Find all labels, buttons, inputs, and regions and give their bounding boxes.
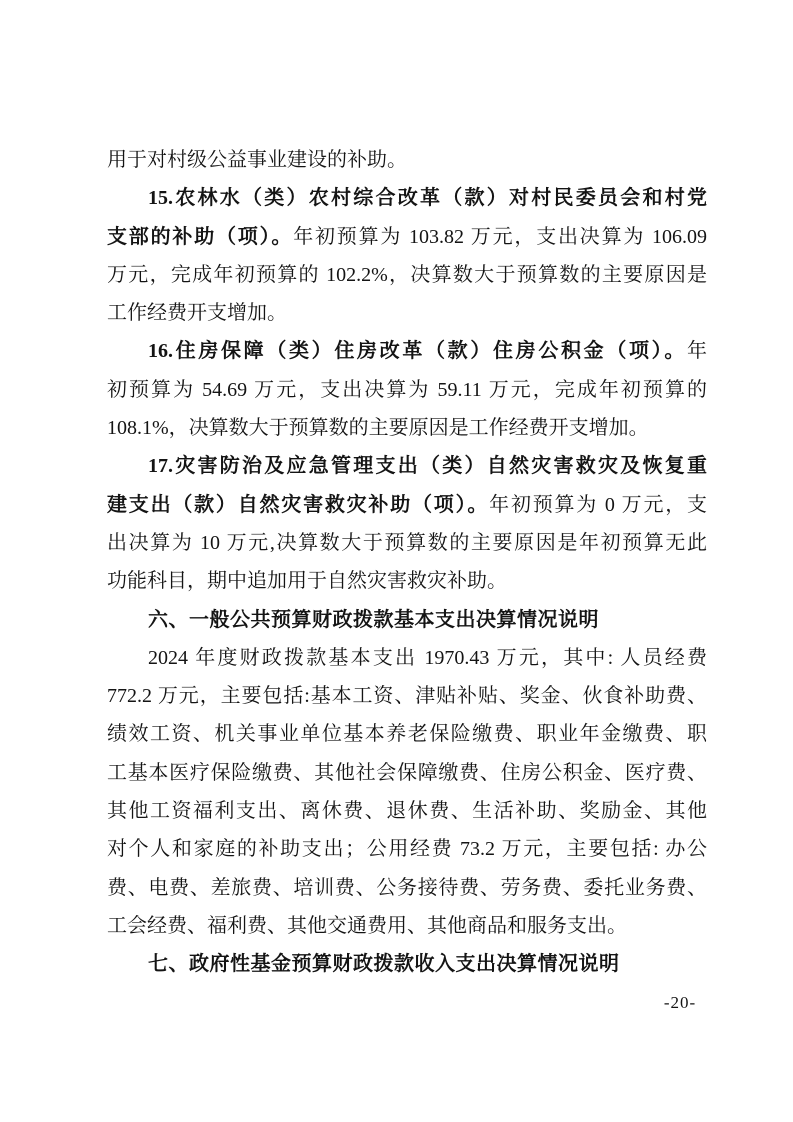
text-line: 16.住房保障（类）住房改革（款）住房公积金（项）。年 <box>107 332 707 370</box>
bold-text-segment: 建支出（款）自然灾害救灾补助（项）。 <box>107 494 489 516</box>
page-number: -20- <box>650 993 710 1013</box>
text-line: 108.1%，决算数大于预算数的主要原因是工作经费开支增加。 <box>107 409 707 447</box>
text-segment: 出决算为 10 万元,决算数大于预算数的主要原因是年初预算无此 <box>107 532 707 554</box>
text-line: 工作经费开支增加。 <box>107 294 707 332</box>
text-segment: 绩效工资、机关事业单位基本养老保险缴费、职业年金缴费、职 <box>107 723 707 745</box>
text-line: 绩效工资、机关事业单位基本养老保险缴费、职业年金缴费、职 <box>107 715 707 753</box>
text-segment: 工作经费开支增加。 <box>107 302 287 324</box>
text-line: 15.农林水（类）农村综合改革（款）对村民委员会和村党 <box>107 179 707 217</box>
document-body: 用于对村级公益事业建设的补助。15.农林水（类）农村综合改革（款）对村民委员会和… <box>107 141 707 984</box>
text-segment: 费、电费、差旅费、培训费、公务接待费、劳务费、委托业务费、 <box>107 877 707 899</box>
text-line: 万元，完成年初预算的 102.2%，决算数大于预算数的主要原因是 <box>107 256 707 294</box>
text-segment: 工会经费、福利费、其他交通费用、其他商品和服务支出。 <box>107 915 627 937</box>
section-heading: 七、政府性基金预算财政拨款收入支出决算情况说明 <box>107 945 707 983</box>
text-segment: 万元，完成年初预算的 102.2%，决算数大于预算数的主要原因是 <box>107 264 707 286</box>
text-line: 初预算为 54.69 万元，支出决算为 59.11 万元，完成年初预算的 <box>107 371 707 409</box>
text-segment: 功能科目，期中追加用于自然灾害救灾补助。 <box>107 570 507 592</box>
bold-text-segment: 支部的补助（项）。 <box>107 226 293 248</box>
text-line: 用于对村级公益事业建设的补助。 <box>107 141 707 179</box>
section-heading: 六、一般公共预算财政拨款基本支出决算情况说明 <box>107 601 707 639</box>
bold-text-segment: 15.农林水（类）农村综合改革（款）对村民委员会和村党 <box>148 187 707 209</box>
text-line: 17.灾害防治及应急管理支出（类）自然灾害救灾及恢复重 <box>107 447 707 485</box>
text-segment: 108.1%，决算数大于预算数的主要原因是工作经费开支增加。 <box>107 417 649 439</box>
bold-text-segment: 六、一般公共预算财政拨款基本支出决算情况说明 <box>148 609 599 631</box>
text-line: 2024 年度财政拨款基本支出 1970.43 万元，其中: 人员经费 <box>107 639 707 677</box>
text-segment: 2024 年度财政拨款基本支出 1970.43 万元，其中: 人员经费 <box>148 647 707 669</box>
document-page: 用于对村级公益事业建设的补助。15.农林水（类）农村综合改革（款）对村民委员会和… <box>0 0 793 1122</box>
text-line: 支部的补助（项）。年初预算为 103.82 万元，支出决算为 106.09 <box>107 218 707 256</box>
text-line: 建支出（款）自然灾害救灾补助（项）。年初预算为 0 万元，支 <box>107 486 707 524</box>
text-segment: 772.2 万元，主要包括:基本工资、津贴补贴、奖金、伙食补助费、 <box>107 685 707 707</box>
text-segment: 工基本医疗保险缴费、其他社会保障缴费、住房公积金、医疗费、 <box>107 762 707 784</box>
text-segment: 年初预算为 0 万元，支 <box>489 494 707 516</box>
text-line: 工基本医疗保险缴费、其他社会保障缴费、住房公积金、医疗费、 <box>107 754 707 792</box>
bold-text-segment: 17.灾害防治及应急管理支出（类）自然灾害救灾及恢复重 <box>148 455 707 477</box>
text-segment: 用于对村级公益事业建设的补助。 <box>107 149 407 171</box>
text-line: 772.2 万元，主要包括:基本工资、津贴补贴、奖金、伙食补助费、 <box>107 677 707 715</box>
text-line: 工会经费、福利费、其他交通费用、其他商品和服务支出。 <box>107 907 707 945</box>
text-segment: 初预算为 54.69 万元，支出决算为 59.11 万元，完成年初预算的 <box>107 379 707 401</box>
text-line: 其他工资福利支出、离休费、退休费、生活补助、奖励金、其他 <box>107 792 707 830</box>
text-line: 对个人和家庭的补助支出；公用经费 73.2 万元，主要包括: 办公 <box>107 830 707 868</box>
bold-text-segment: 七、政府性基金预算财政拨款收入支出决算情况说明 <box>148 953 620 975</box>
text-line: 功能科目，期中追加用于自然灾害救灾补助。 <box>107 562 707 600</box>
text-segment: 年 <box>687 340 707 362</box>
text-line: 出决算为 10 万元,决算数大于预算数的主要原因是年初预算无此 <box>107 524 707 562</box>
text-line: 费、电费、差旅费、培训费、公务接待费、劳务费、委托业务费、 <box>107 869 707 907</box>
text-segment: 年初预算为 103.82 万元，支出决算为 106.09 <box>293 226 707 248</box>
text-segment: 对个人和家庭的补助支出；公用经费 73.2 万元，主要包括: 办公 <box>107 838 707 860</box>
text-segment: 其他工资福利支出、离休费、退休费、生活补助、奖励金、其他 <box>107 800 707 822</box>
bold-text-segment: 16.住房保障（类）住房改革（款）住房公积金（项）。 <box>148 340 687 362</box>
